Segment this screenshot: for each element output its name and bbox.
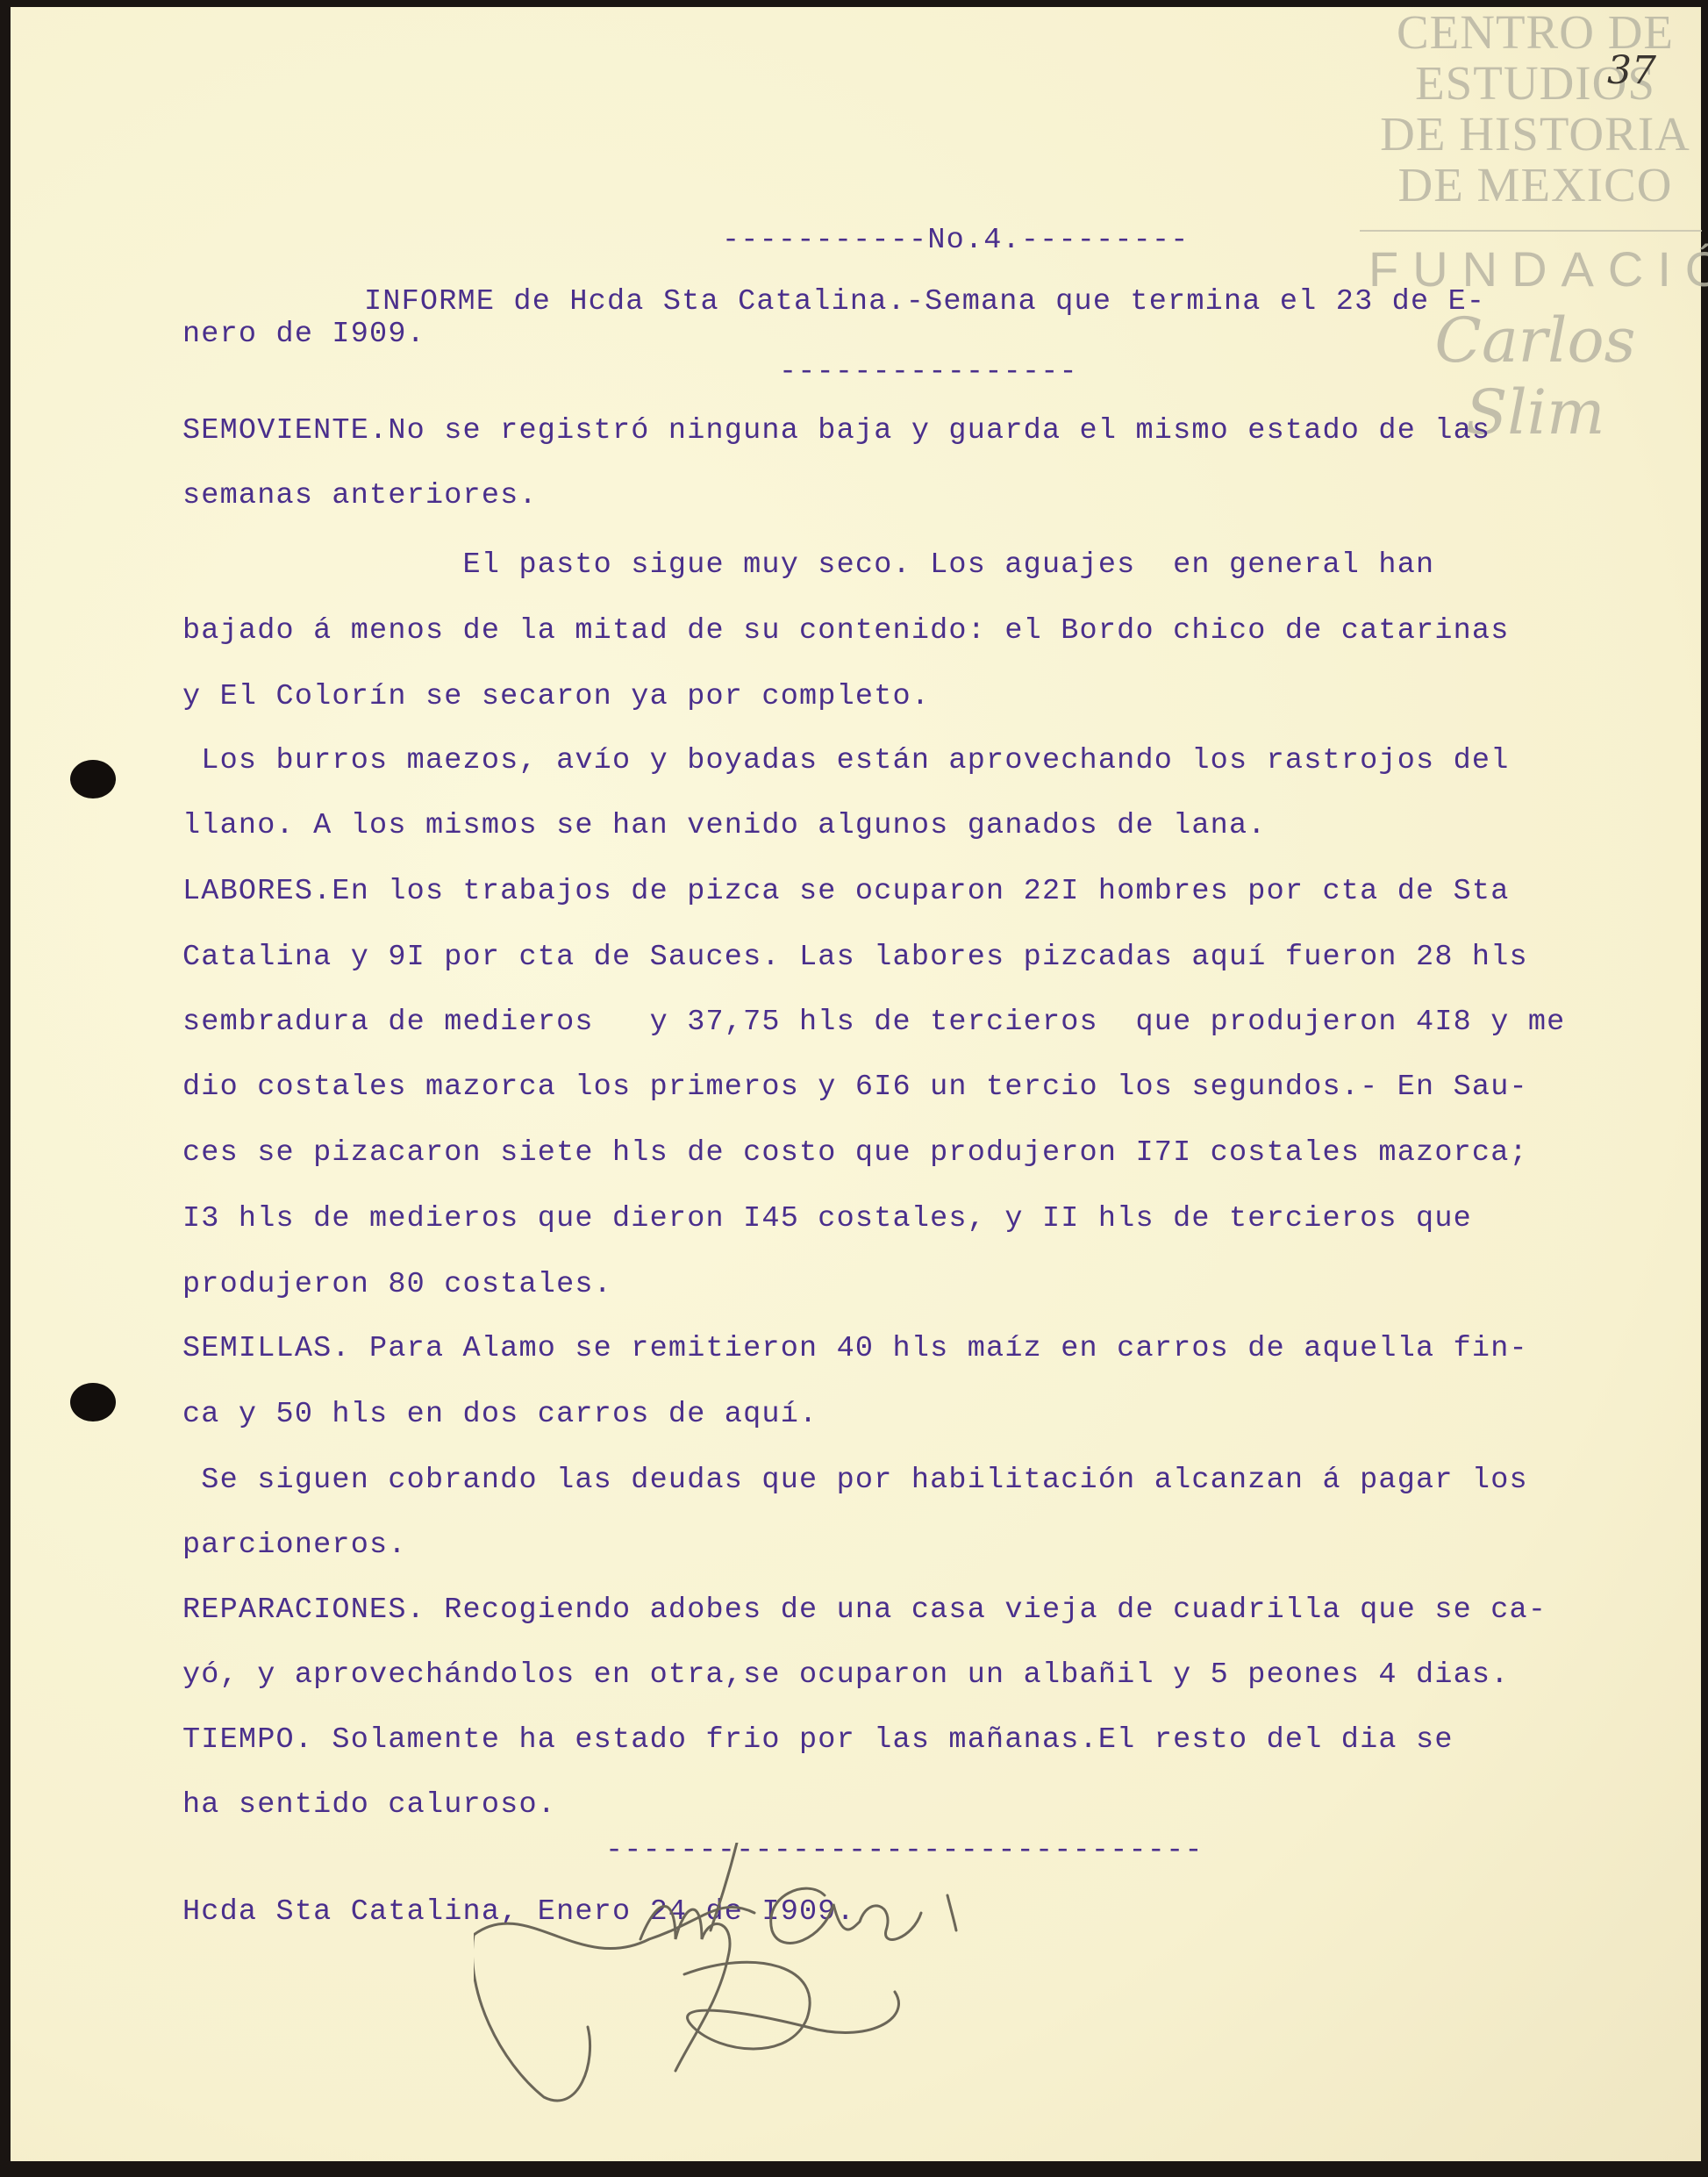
punch-hole-top bbox=[70, 760, 116, 798]
text-line: llano. A los mismos se han venido alguno… bbox=[182, 809, 1267, 842]
section-labores: LABORES.En los trabajos de pizca se ocup… bbox=[182, 634, 257, 934]
report-number: -----------No.4.--------- bbox=[722, 224, 1190, 257]
watermark-line: DE MEXICO bbox=[1369, 160, 1702, 211]
text-line: y El Colorín se secaron ya por completo. bbox=[182, 680, 930, 713]
text-line: SEMILLAS. Para Alamo se remitieron 40 hl… bbox=[182, 1332, 1528, 1365]
text-line: LABORES.En los trabajos de pizca se ocup… bbox=[182, 875, 1510, 908]
watermark-line: DE HISTORIA bbox=[1369, 109, 1702, 160]
report-title: INFORME de Hcda Sta Catalina.-Semana que… bbox=[364, 285, 1485, 319]
watermark-divider bbox=[1360, 230, 1702, 232]
text-line: ca y 50 hls en dos carros de aquí. bbox=[182, 1398, 818, 1431]
header-rule: ---------------- bbox=[779, 355, 1078, 389]
text-line: El pasto sigue muy seco. Los aguajes en … bbox=[182, 548, 1434, 582]
typed-text: -----------No.4.--------- INFORME de Hcd… bbox=[182, 0, 257, 1834]
text-line: bajado á menos de la mitad de su conteni… bbox=[182, 614, 1510, 648]
folio-number: 37 bbox=[1607, 48, 1656, 93]
text-line: semanas anteriores. bbox=[182, 479, 538, 512]
section-semoviente: SEMOVIENTE.No se registró ninguna baja y… bbox=[182, 233, 257, 534]
handwritten-signature bbox=[474, 1843, 1263, 2132]
text-line: Se siguen cobrando las deudas que por ha… bbox=[182, 1464, 1528, 1497]
report-title-cont: nero de I909. bbox=[182, 318, 425, 351]
text-line: dio costales mazorca los primeros y 6I6 … bbox=[182, 1071, 1528, 1104]
text-line: REPARACIONES. Recogiendo adobes de una c… bbox=[182, 1593, 1547, 1627]
text-line: TIEMPO. Solamente ha estado frio por las… bbox=[182, 1723, 1454, 1757]
text-line: sembradura de medieros y 37,75 hls de te… bbox=[182, 1006, 1565, 1039]
text-line: produjeron 80 costales. bbox=[182, 1268, 612, 1301]
text-line: I3 hls de medieros que dieron I45 costal… bbox=[182, 1202, 1472, 1235]
text-line: Los burros maezos, avío y boyadas están … bbox=[182, 744, 1510, 777]
text-line: ha sentido caluroso. bbox=[182, 1788, 556, 1822]
text-line: Catalina y 9I por cta de Sauces. Las lab… bbox=[182, 941, 1528, 974]
text-line: parcioneros. bbox=[182, 1529, 407, 1562]
text-line: ces se pizacaron siete hls de costo que … bbox=[182, 1136, 1528, 1170]
text-line: yó, y aprovechándolos en otra,se ocuparo… bbox=[182, 1658, 1510, 1692]
text-line: SEMOVIENTE.No se registró ninguna baja y… bbox=[182, 414, 1490, 448]
punch-hole-bottom bbox=[70, 1383, 116, 1421]
